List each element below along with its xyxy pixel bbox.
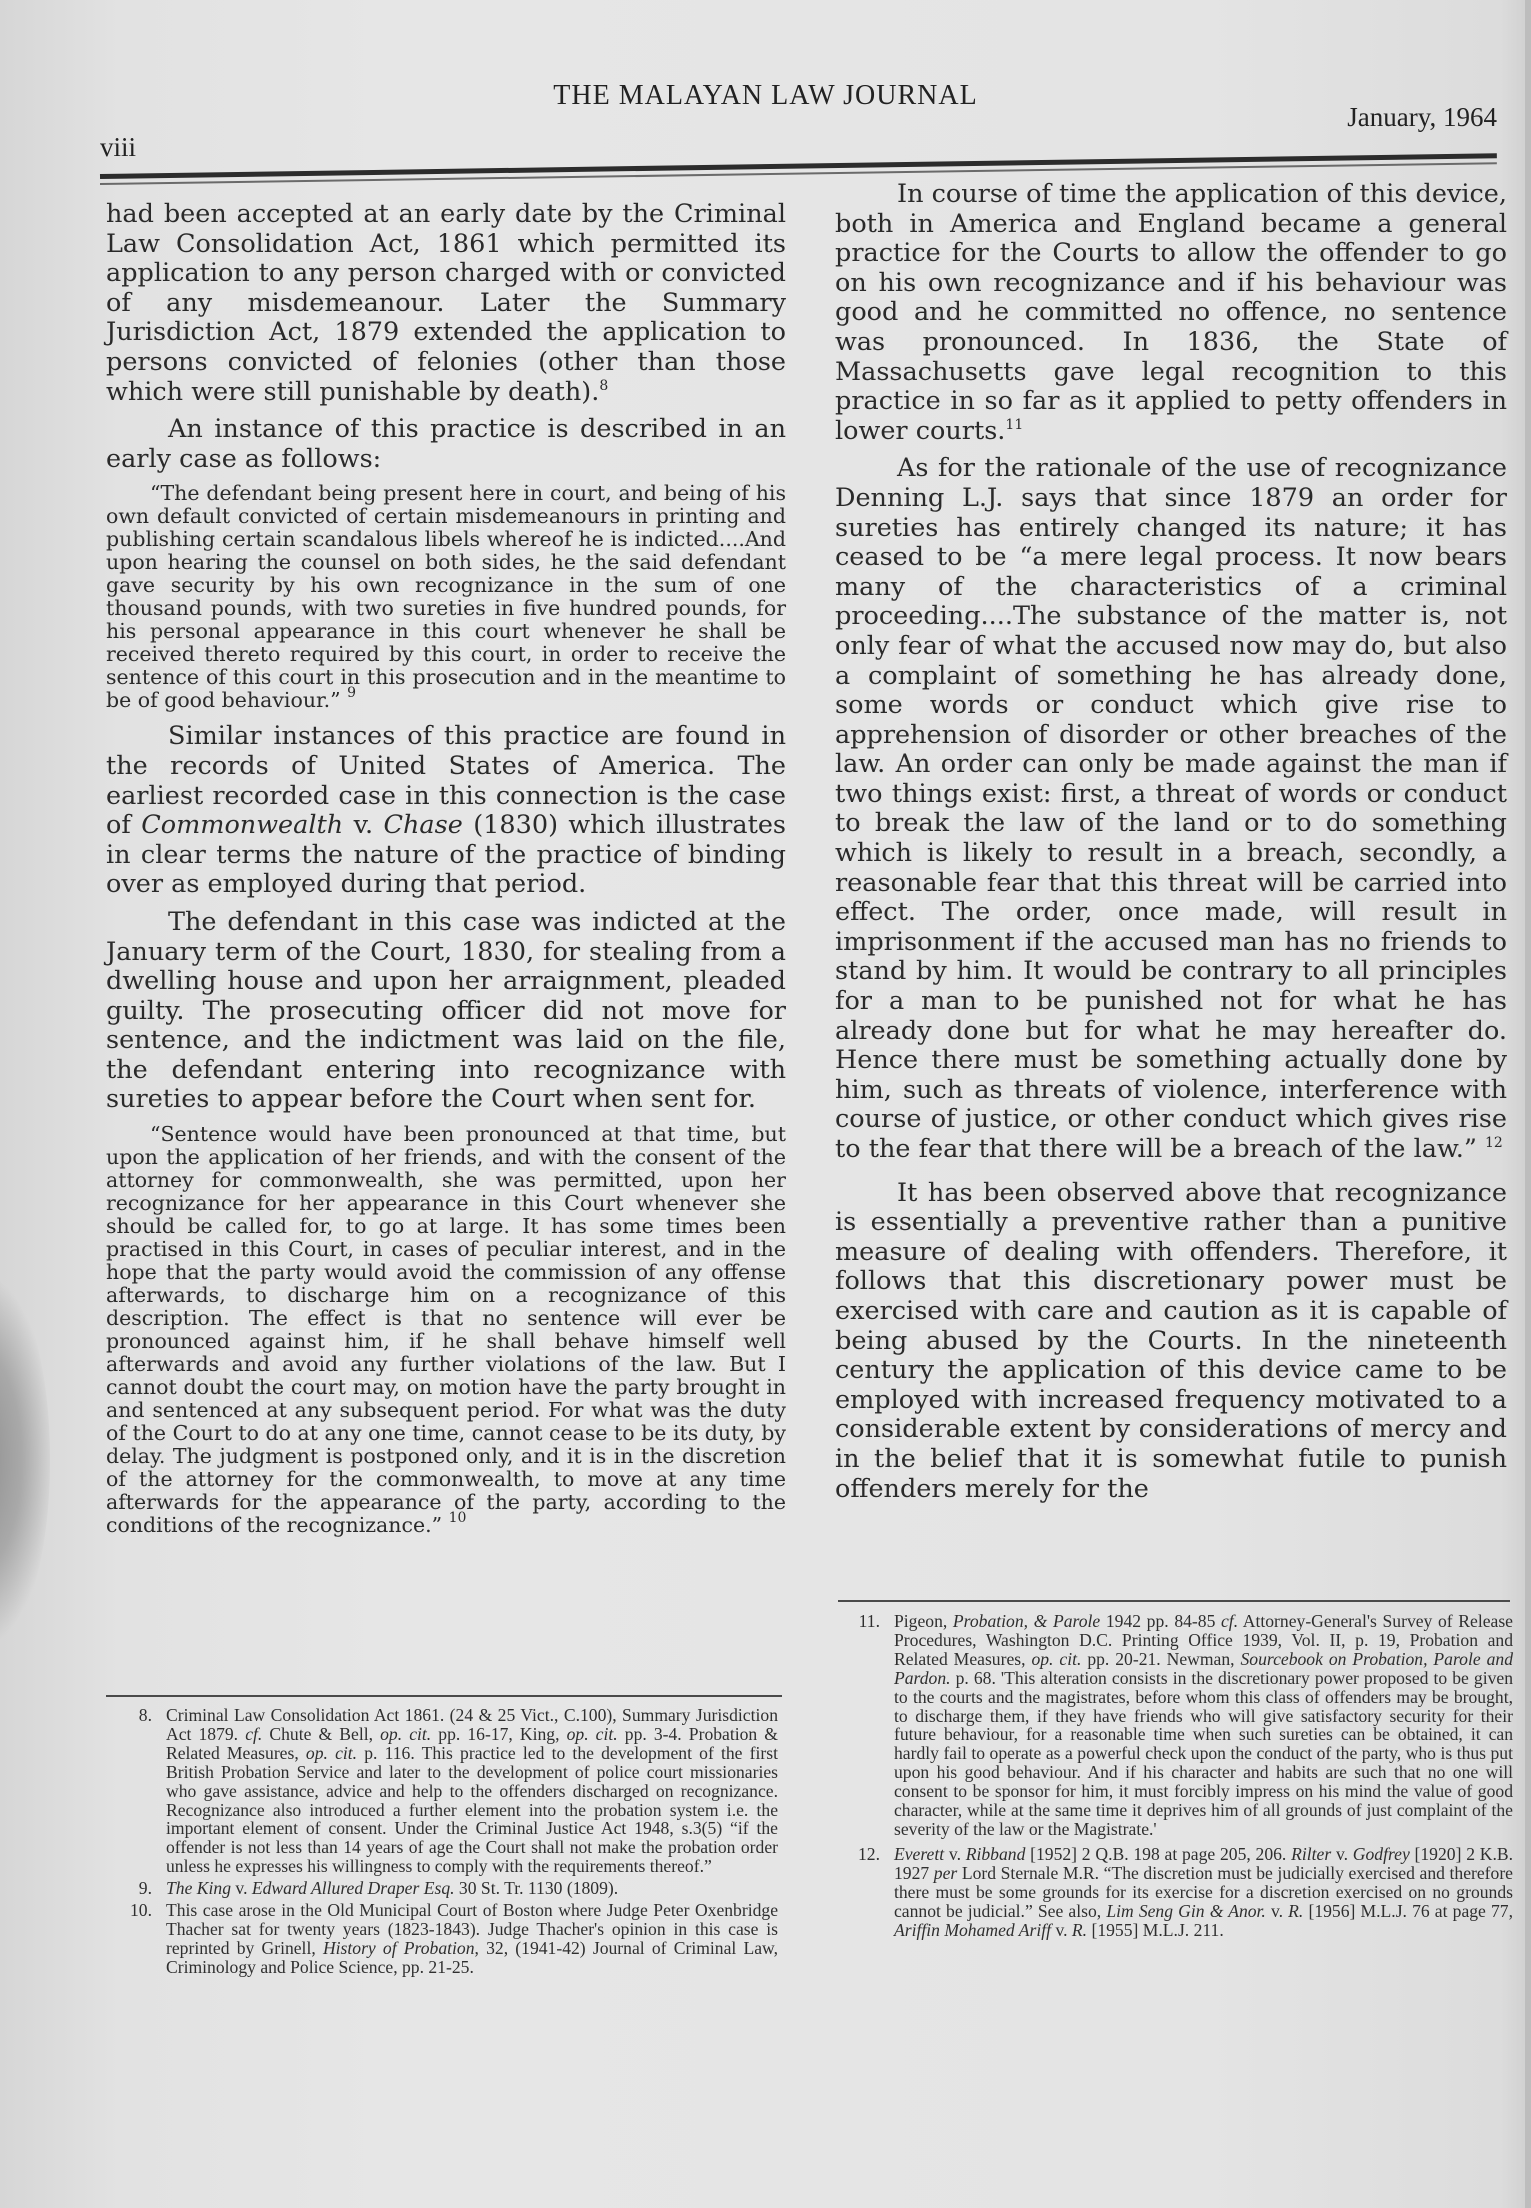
footnote-8: 8. Criminal Law Consolidation Act 1861. … xyxy=(110,1706,778,1876)
left-column: had been accepted at an early date by th… xyxy=(106,200,786,1547)
footnote-ref: 12 xyxy=(1485,1135,1503,1151)
paragraph: As for the rationale of the use of recog… xyxy=(835,454,1507,1164)
scanned-page: THE MALAYAN LAW JOURNAL viii January, 19… xyxy=(0,0,1531,2208)
block-quote: “Sentence would have been pronounced at … xyxy=(106,1123,786,1537)
paragraph: Similar instances of this practice are f… xyxy=(106,722,786,900)
thumb-shadow xyxy=(0,1280,50,1640)
case-name: Commonwealth xyxy=(141,810,343,840)
footnote-ref: 9 xyxy=(347,685,356,701)
page-edge xyxy=(1525,0,1531,2208)
right-column: In course of time the application of thi… xyxy=(835,180,1507,1512)
footnote-9: 9. The King v. Edward Allured Draper Esq… xyxy=(110,1879,778,1898)
paragraph: The defendant in this case was indicted … xyxy=(106,908,786,1115)
paragraph: had been accepted at an early date by th… xyxy=(106,200,786,407)
journal-title: THE MALAYAN LAW JOURNAL xyxy=(0,80,1531,130)
paragraph: It has been observed above that recogniz… xyxy=(835,1179,1507,1505)
footnote-ref: 10 xyxy=(449,1510,467,1526)
footnote-rule-right xyxy=(838,1600,1510,1602)
footnote-rule-left xyxy=(106,1695,782,1697)
footnote-11: 11. Pigeon, Probation, & Parole 1942 pp.… xyxy=(838,1612,1513,1839)
footnote-ref: 8 xyxy=(599,378,608,394)
paragraph: In course of time the application of thi… xyxy=(835,180,1507,446)
issue-date: January, 1964 xyxy=(1347,102,1497,133)
case-name: Chase xyxy=(383,810,462,840)
footnote-10: 10. This case arose in the Old Municipal… xyxy=(110,1901,778,1977)
footnotes-right: 11. Pigeon, Probation, & Parole 1942 pp.… xyxy=(838,1612,1513,1942)
footnotes-left: 8. Criminal Law Consolidation Act 1861. … xyxy=(110,1706,778,1980)
paragraph: An instance of this practice is describe… xyxy=(106,415,786,474)
block-quote: “The defendant being present here in cou… xyxy=(106,482,786,712)
footnote-ref: 11 xyxy=(1005,417,1023,433)
footnote-12: 12. Everett v. Ribband [1952] 2 Q.B. 198… xyxy=(838,1845,1513,1940)
page-number: viii xyxy=(100,132,136,163)
